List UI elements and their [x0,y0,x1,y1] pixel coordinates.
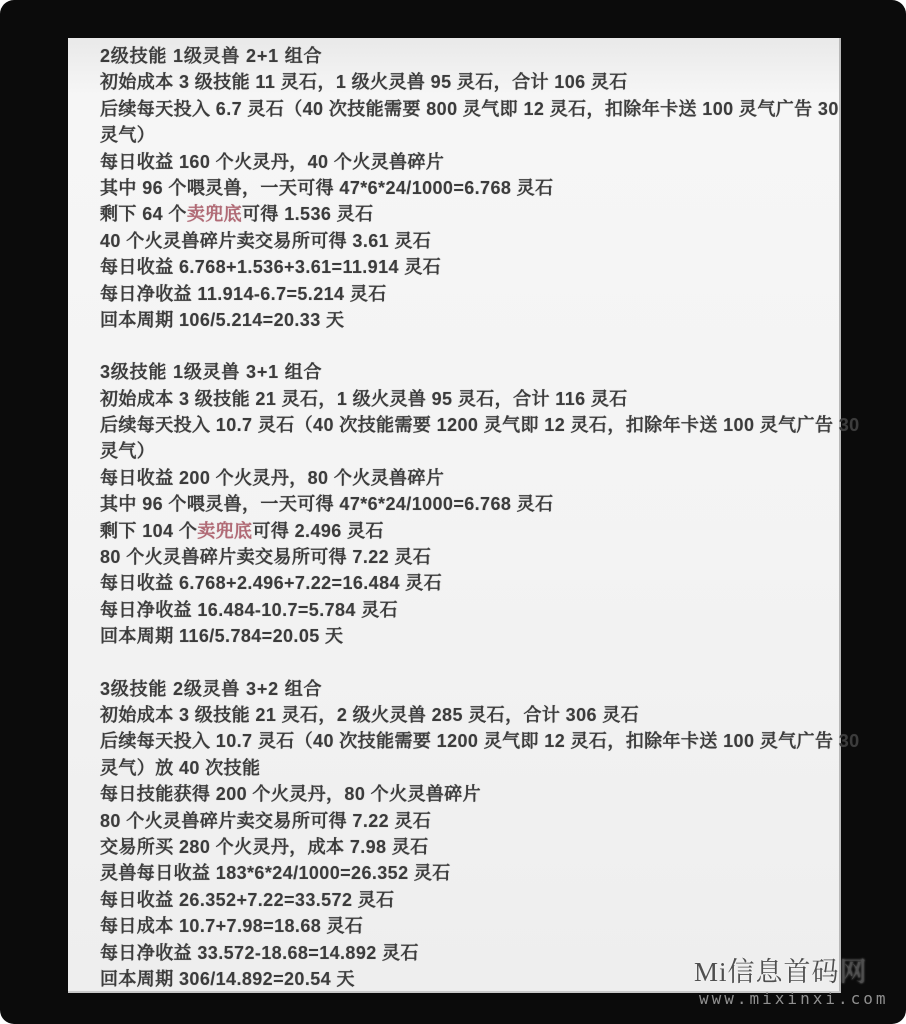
text-line: 初始成本 3 级技能 11 灵石，1 级火灵兽 95 灵石，合计 106 灵石 [100,69,821,95]
text-line: 每日收益 160 个火灵丹，40 个火灵兽碎片 [100,149,821,175]
text-line: 每日收益 200 个火灵丹，80 个火灵兽碎片 [100,465,821,491]
text-line: 剩下 104 个卖兜底可得 2.496 灵石 [100,518,821,544]
text-segment: 可得 2.496 灵石 [252,521,383,541]
document-content: 2级技能 1级灵兽 2+1 组合初始成本 3 级技能 11 灵石，1 级火灵兽 … [100,43,821,992]
text-line: 每日成本 10.7+7.98=18.68 灵石 [100,913,821,939]
text-line: 每日净收益 16.484-10.7=5.784 灵石 [100,597,821,623]
text-segment: 每日技能获得 200 个火灵丹，80 个火灵兽碎片 [100,784,481,804]
text-segment: 80 个火灵兽碎片卖交易所可得 7.22 灵石 [100,547,431,567]
text-segment: 交易所买 280 个火灵丹，成本 7.98 灵石 [100,837,429,857]
text-segment: 每日收益 6.768+1.536+3.61=11.914 灵石 [100,257,441,277]
text-line: 灵气） [100,122,821,148]
text-line: 后续每天投入 10.7 灵石（40 次技能需要 1200 灵气即 12 灵石，扣… [100,728,821,754]
text-line: 每日收益 26.352+7.22=33.572 灵石 [100,887,821,913]
text-segment: 剩下 104 个 [100,521,197,541]
text-line: 初始成本 3 级技能 21 灵石，2 级火灵兽 285 灵石，合计 306 灵石 [100,702,821,728]
section-heading: 3级技能 2级灵兽 3+2 组合 [100,676,821,702]
text-segment: 可得 1.536 灵石 [242,204,373,224]
text-segment: 每日净收益 33.572-18.68=14.892 灵石 [100,943,419,963]
text-segment: 后续每天投入 6.7 灵石（40 次技能需要 800 灵气即 12 灵石，扣除年… [100,99,839,119]
text-line: 初始成本 3 级技能 21 灵石，1 级火灵兽 95 灵石，合计 116 灵石 [100,386,821,412]
text-line: 回本周期 106/5.214=20.33 天 [100,307,821,333]
text-line: 后续每天投入 10.7 灵石（40 次技能需要 1200 灵气即 12 灵石，扣… [100,412,821,438]
watermark-site-name: Mi信息首码网 [694,956,868,988]
text-line: 每日收益 6.768+1.536+3.61=11.914 灵石 [100,254,821,280]
text-line: 灵气）放 40 次技能 [100,755,821,781]
text-segment: 回本周期 116/5.784=20.05 天 [100,626,343,646]
highlighted-term: 卖兜底 [187,204,242,224]
text-segment: 后续每天投入 10.7 灵石（40 次技能需要 1200 灵气即 12 灵石，扣… [100,415,860,435]
text-line: 每日收益 6.768+2.496+7.22=16.484 灵石 [100,570,821,596]
text-segment: 初始成本 3 级技能 21 灵石，1 级火灵兽 95 灵石，合计 116 灵石 [100,389,628,409]
text-line: 剩下 64 个卖兜底可得 1.536 灵石 [100,201,821,227]
text-segment: 每日收益 6.768+2.496+7.22=16.484 灵石 [100,573,442,593]
text-line: 灵气） [100,438,821,464]
text-line: 灵兽每日收益 183*6*24/1000=26.352 灵石 [100,860,821,886]
section-heading: 3级技能 1级灵兽 3+1 组合 [100,359,821,385]
text-line: 其中 96 个喂灵兽，一天可得 47*6*24/1000=6.768 灵石 [100,175,821,201]
text-segment: 灵气）放 40 次技能 [100,758,260,778]
document-page: 2级技能 1级灵兽 2+1 组合初始成本 3 级技能 11 灵石，1 级火灵兽 … [68,38,841,993]
text-segment: 其中 96 个喂灵兽，一天可得 47*6*24/1000=6.768 灵石 [100,178,554,198]
text-line: 其中 96 个喂灵兽，一天可得 47*6*24/1000=6.768 灵石 [100,491,821,517]
text-segment: 80 个火灵兽碎片卖交易所可得 7.22 灵石 [100,811,431,831]
calc-section: 3级技能 1级灵兽 3+1 组合初始成本 3 级技能 21 灵石，1 级火灵兽 … [100,359,821,649]
text-line: 交易所买 280 个火灵丹，成本 7.98 灵石 [100,834,821,860]
text-line: 回本周期 116/5.784=20.05 天 [100,623,821,649]
text-segment: 灵气） [100,125,155,145]
text-line: 每日技能获得 200 个火灵丹，80 个火灵兽碎片 [100,781,821,807]
text-segment: 回本周期 106/5.214=20.33 天 [100,310,344,330]
text-segment: 其中 96 个喂灵兽，一天可得 47*6*24/1000=6.768 灵石 [100,494,554,514]
text-segment: 回本周期 306/14.892=20.54 天 [100,969,355,989]
text-line: 每日净收益 11.914-6.7=5.214 灵石 [100,281,821,307]
highlighted-term: 卖兜底 [197,521,252,541]
screenshot-root: 2级技能 1级灵兽 2+1 组合初始成本 3 级技能 11 灵石，1 级火灵兽 … [0,0,906,1024]
text-segment: 灵气） [100,441,155,461]
calc-section: 2级技能 1级灵兽 2+1 组合初始成本 3 级技能 11 灵石，1 级火灵兽 … [100,43,821,333]
text-segment: 每日成本 10.7+7.98=18.68 灵石 [100,916,363,936]
calc-section: 3级技能 2级灵兽 3+2 组合初始成本 3 级技能 21 灵石，2 级火灵兽 … [100,676,821,993]
text-segment: 剩下 64 个 [100,204,187,224]
text-line: 40 个火灵兽碎片卖交易所可得 3.61 灵石 [100,228,821,254]
text-segment: 每日收益 200 个火灵丹，80 个火灵兽碎片 [100,468,444,488]
text-segment: 灵兽每日收益 183*6*24/1000=26.352 灵石 [100,863,451,883]
text-segment: 初始成本 3 级技能 11 灵石，1 级火灵兽 95 灵石，合计 106 灵石 [100,72,628,92]
section-heading: 2级技能 1级灵兽 2+1 组合 [100,43,821,69]
text-segment: 每日净收益 11.914-6.7=5.214 灵石 [100,284,387,304]
text-segment: 初始成本 3 级技能 21 灵石，2 级火灵兽 285 灵石，合计 306 灵石 [100,705,639,725]
text-segment: 40 个火灵兽碎片卖交易所可得 3.61 灵石 [100,231,431,251]
text-line: 后续每天投入 6.7 灵石（40 次技能需要 800 灵气即 12 灵石，扣除年… [100,96,821,122]
text-segment: 每日收益 160 个火灵丹，40 个火灵兽碎片 [100,152,444,172]
text-segment: 后续每天投入 10.7 灵石（40 次技能需要 1200 灵气即 12 灵石，扣… [100,731,860,751]
text-segment: 每日净收益 16.484-10.7=5.784 灵石 [100,600,398,620]
text-line: 80 个火灵兽碎片卖交易所可得 7.22 灵石 [100,544,821,570]
text-segment: 每日收益 26.352+7.22=33.572 灵石 [100,890,395,910]
watermark-site-url: www.mixinxi.com [699,989,889,1009]
text-line: 80 个火灵兽碎片卖交易所可得 7.22 灵石 [100,808,821,834]
